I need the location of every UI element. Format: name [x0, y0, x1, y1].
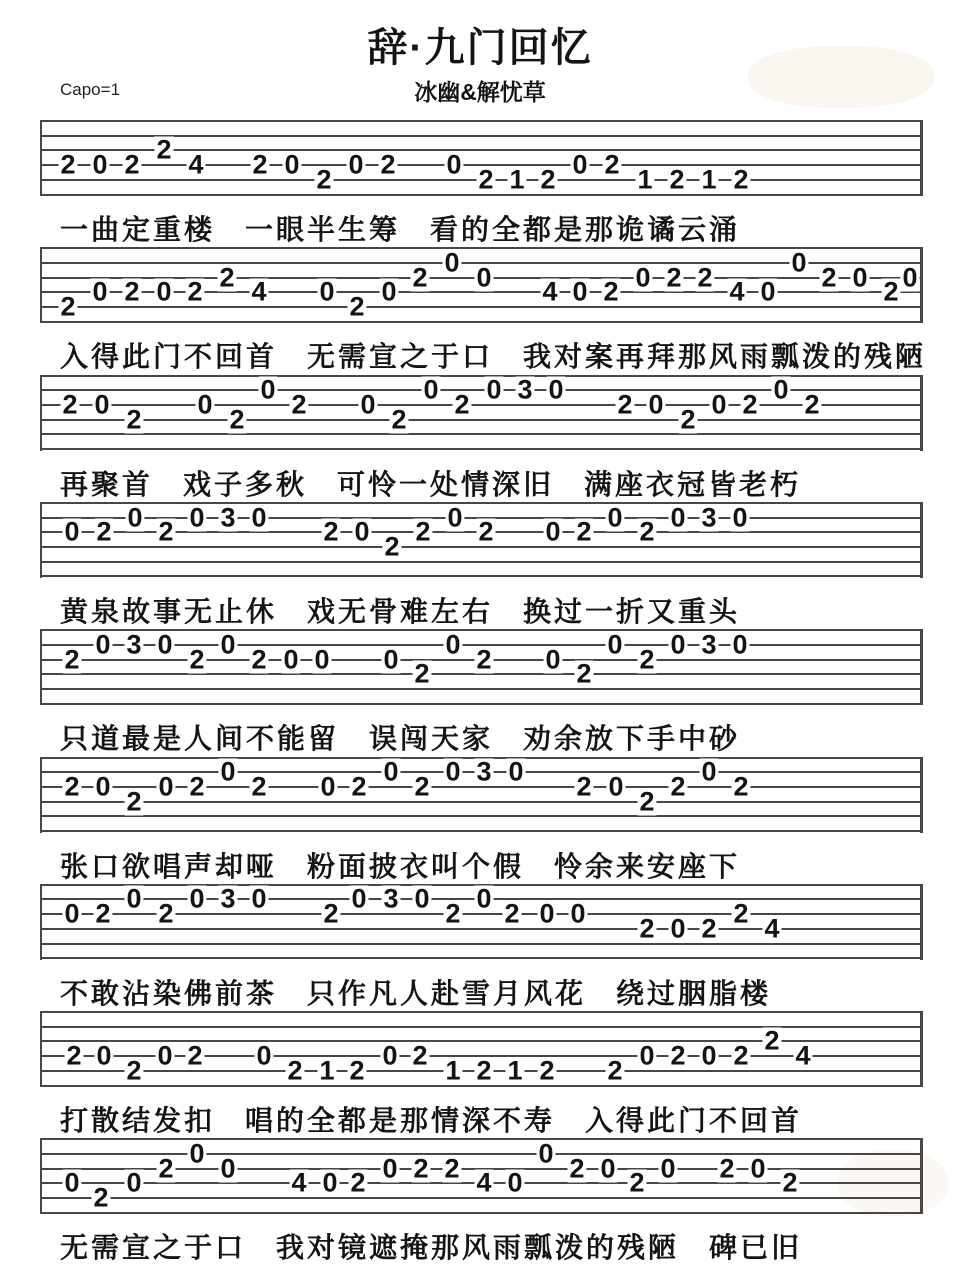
lyric-phrase: 张口欲唱声却哑	[60, 845, 277, 885]
fret-number: 2	[474, 1057, 493, 1084]
fret-number: 0	[789, 249, 808, 276]
fret-number: 0	[421, 377, 440, 404]
fret-number: 2	[668, 1043, 687, 1070]
fret-number: 0	[379, 279, 398, 306]
fret-number: 0	[709, 391, 728, 418]
artist-name: 冰幽&解忧草	[0, 74, 960, 107]
fret-number: 0	[568, 901, 587, 928]
fret-number: 0	[218, 1155, 237, 1182]
fret-number: 0	[254, 1043, 273, 1070]
fret-number: 2	[185, 279, 204, 306]
fret-number: 2	[668, 773, 687, 800]
fret-number: 2	[567, 1155, 586, 1182]
fret-number: 0	[536, 1141, 555, 1168]
lyric-phrase: 一曲定重楼	[60, 208, 215, 248]
lyric-phrase: 黄泉故事无止休	[60, 590, 277, 630]
fret-number: 2	[321, 901, 340, 928]
fret-number: 0	[93, 631, 112, 658]
fret-number: 0	[605, 504, 624, 531]
fret-number: 2	[731, 1043, 750, 1070]
fret-number: 0	[92, 391, 111, 418]
fret-number: 0	[442, 249, 461, 276]
staff-line	[42, 448, 920, 450]
fret-number: 2	[452, 391, 471, 418]
lyric-phrase: 无需宣之于口	[60, 1226, 246, 1266]
staff-line	[42, 957, 920, 959]
lyrics-line: 入得此门不回首无需宣之于口我对案再拜那风雨瓢泼的残陋	[60, 335, 926, 375]
fret-number: 0	[646, 391, 665, 418]
tab-staff: 20224202020212021212	[40, 120, 923, 196]
fret-number: 4	[186, 152, 205, 179]
fret-number: 4	[474, 1170, 493, 1197]
fret-number: 0	[606, 773, 625, 800]
fret-number: 0	[195, 391, 214, 418]
staff-line	[42, 943, 920, 945]
lyric-phrase: 无需宣之于口	[307, 335, 493, 375]
lyric-phrase: 怜余来安座下	[554, 845, 740, 885]
lyric-phrase: 打散结发扣	[60, 1099, 215, 1139]
fret-number: 2	[410, 1043, 429, 1070]
tab-staff: 02020302022020202030	[40, 502, 923, 578]
fret-number: 0	[543, 519, 562, 546]
fret-number: 2	[627, 1170, 646, 1197]
fret-number: 2	[474, 646, 493, 673]
fret-number: 0	[546, 377, 565, 404]
staff-line	[42, 149, 920, 151]
fret-number: 2	[60, 391, 79, 418]
fret-number: 0	[349, 886, 368, 913]
fret-number: 0	[187, 504, 206, 531]
fret-number: 0	[381, 759, 400, 786]
tab-staff: 020203020302020020224	[40, 884, 923, 960]
fret-number: 2	[64, 1043, 83, 1070]
fret-number: 2	[605, 1057, 624, 1084]
fret-number: 0	[318, 773, 337, 800]
tab-staff: 202020202020302020202	[40, 375, 923, 451]
fret-number: 0	[850, 264, 869, 291]
fret-number: 1	[443, 1057, 462, 1084]
staff-line	[42, 1138, 920, 1140]
fret-number: 0	[380, 1043, 399, 1070]
fret-number: 1	[317, 1057, 336, 1084]
fret-number: 3	[124, 631, 143, 658]
fret-number: 2	[347, 294, 366, 321]
fret-number: 0	[637, 1043, 656, 1070]
staff-line	[42, 321, 920, 323]
fret-number: 2	[731, 166, 750, 193]
fret-number: 0	[412, 886, 431, 913]
lyric-phrase: 我对案再拜那风雨瓢泼的残陋	[523, 335, 926, 375]
fret-number: 2	[537, 1057, 556, 1084]
staff-line	[42, 561, 920, 563]
fret-number: 2	[227, 406, 246, 433]
fret-number: 0	[124, 886, 143, 913]
fret-number: 2	[574, 773, 593, 800]
fret-number: 2	[637, 646, 656, 673]
fret-number: 0	[445, 504, 464, 531]
fret-number: 2	[187, 773, 206, 800]
lyric-phrase: 粉面披衣叫个假	[307, 845, 524, 885]
fret-number: 0	[598, 1155, 617, 1182]
staff-line	[42, 419, 920, 421]
fret-number: 0	[668, 915, 687, 942]
fret-number: 2	[819, 264, 838, 291]
staff-line	[42, 703, 920, 705]
fret-number: 2	[412, 661, 431, 688]
tab-staff: 2020202120212122020224	[40, 1011, 923, 1087]
staff-line	[42, 120, 920, 122]
fret-number: 0	[605, 631, 624, 658]
fret-number: 3	[474, 759, 493, 786]
lyric-phrase: 劝余放下手中砂	[523, 717, 740, 757]
lyrics-line: 无需宣之于口我对镜遮掩那风雨瓢泼的残陋碑已旧	[60, 1226, 802, 1266]
lyric-phrase: 入得此门不回首	[585, 1099, 802, 1139]
fret-number: 2	[321, 519, 340, 546]
fret-number: 4	[249, 279, 268, 306]
fret-number: 2	[154, 137, 173, 164]
staff-line	[42, 306, 920, 308]
fret-number: 0	[282, 152, 301, 179]
fret-number: 0	[62, 519, 81, 546]
fret-number: 2	[601, 279, 620, 306]
lyric-phrase: 只道最是人间不能留	[60, 717, 339, 757]
fret-number: 2	[62, 773, 81, 800]
fret-number: 2	[217, 264, 236, 291]
fret-number: 0	[748, 1155, 767, 1182]
fret-number: 2	[93, 901, 112, 928]
fret-number: 2	[156, 519, 175, 546]
fret-number: 2	[664, 264, 683, 291]
fret-number: 2	[637, 788, 656, 815]
fret-number: 2	[58, 152, 77, 179]
fret-number: 3	[699, 504, 718, 531]
fret-number: 2	[91, 1185, 110, 1212]
fret-number: 4	[762, 915, 781, 942]
fret-number: 2	[476, 519, 495, 546]
fret-number: 0	[90, 279, 109, 306]
fret-number: 3	[218, 504, 237, 531]
fret-number: 0	[444, 152, 463, 179]
fret-number: 1	[505, 1057, 524, 1084]
fret-number: 2	[731, 901, 750, 928]
fret-number: 0	[346, 152, 365, 179]
fret-number: 2	[410, 264, 429, 291]
fret-number: 0	[187, 886, 206, 913]
fret-number: 2	[285, 1057, 304, 1084]
lyric-phrase: 再聚首	[60, 463, 153, 503]
fret-number: 2	[124, 788, 143, 815]
fret-number: 0	[218, 759, 237, 786]
fret-number: 0	[474, 886, 493, 913]
fret-number: 3	[515, 377, 534, 404]
lyric-phrase: 误闯天家	[369, 717, 493, 757]
fret-number: 0	[570, 279, 589, 306]
fret-number: 0	[730, 504, 749, 531]
fret-number: 2	[156, 901, 175, 928]
fret-number: 2	[347, 1057, 366, 1084]
fret-number: 0	[94, 1043, 113, 1070]
fret-number: 1	[635, 166, 654, 193]
lyric-phrase: 唱的全都是那情深不寿	[245, 1099, 555, 1139]
lyric-phrase: 我对镜遮掩那风雨瓢泼的残陋	[276, 1226, 679, 1266]
fret-number: 0	[90, 152, 109, 179]
staff-line	[42, 801, 920, 803]
lyric-phrase: 只作凡人赴雪月风花	[307, 972, 586, 1012]
fret-number: 2	[58, 294, 77, 321]
song-title: 辞·九门回忆	[0, 16, 960, 73]
fret-number: 2	[615, 391, 634, 418]
tab-staff: 20202240202004020224002020	[40, 247, 923, 323]
fret-number: 1	[699, 166, 718, 193]
fret-number: 0	[668, 504, 687, 531]
fret-number: 2	[348, 1170, 367, 1197]
fret-number: 0	[668, 631, 687, 658]
staff-line	[42, 247, 920, 249]
lyric-phrase: 入得此门不回首	[60, 335, 277, 375]
staff-line	[42, 830, 920, 832]
fret-number: 0	[249, 886, 268, 913]
fret-number: 0	[187, 1141, 206, 1168]
fret-number: 2	[187, 646, 206, 673]
fret-number: 0	[317, 279, 336, 306]
fret-number: 2	[802, 391, 821, 418]
fret-number: 0	[156, 773, 175, 800]
fret-number: 4	[727, 279, 746, 306]
lyrics-line: 张口欲唱声却哑粉面披衣叫个假怜余来安座下	[60, 845, 740, 885]
fret-number: 0	[474, 264, 493, 291]
fret-number: 0	[730, 631, 749, 658]
fret-number: 3	[699, 631, 718, 658]
fret-number: 2	[413, 519, 432, 546]
fret-number: 2	[314, 166, 333, 193]
fret-number: 2	[250, 152, 269, 179]
fret-number: 2	[124, 406, 143, 433]
fret-number: 0	[249, 504, 268, 531]
lyric-phrase: 戏子多秋	[183, 463, 307, 503]
fret-number: 2	[881, 279, 900, 306]
fret-number: 4	[793, 1043, 812, 1070]
fret-number: 0	[900, 264, 919, 291]
fret-number: 0	[62, 901, 81, 928]
fret-number: 0	[443, 759, 462, 786]
fret-number: 2	[476, 166, 495, 193]
fret-number: 0	[155, 1043, 174, 1070]
fret-number: 0	[358, 391, 377, 418]
fret-number: 4	[289, 1170, 308, 1197]
fret-number: 0	[258, 377, 277, 404]
fret-number: 2	[249, 646, 268, 673]
lyric-phrase: 碑已旧	[709, 1226, 802, 1266]
fret-number: 0	[771, 377, 790, 404]
lyric-phrase: 可怜一处情深旧	[337, 463, 554, 503]
staff-line	[42, 575, 920, 577]
fret-number: 1	[507, 166, 526, 193]
fret-number: 2	[442, 1155, 461, 1182]
fret-number: 0	[154, 279, 173, 306]
fret-number: 2	[412, 773, 431, 800]
tab-staff: 20302020002020202030	[40, 629, 923, 705]
fret-number: 0	[699, 1043, 718, 1070]
fret-number: 2	[94, 519, 113, 546]
tab-staff: 0202004020224002020202	[40, 1138, 923, 1214]
fret-number: 2	[762, 1028, 781, 1055]
fret-number: 4	[540, 279, 559, 306]
fret-number: 2	[289, 391, 308, 418]
lyrics-line: 不敢沾染佛前茶只作凡人赴雪月风花绕过胭脂楼	[60, 972, 771, 1012]
fret-number: 2	[411, 1155, 430, 1182]
fret-number: 3	[381, 886, 400, 913]
fret-number: 0	[352, 519, 371, 546]
fret-number: 2	[637, 915, 656, 942]
lyrics-line: 黄泉故事无止休戏无骨难左右换过一折又重头	[60, 590, 740, 630]
fret-number: 0	[62, 1170, 81, 1197]
staff-line	[42, 928, 920, 930]
fret-number: 2	[637, 519, 656, 546]
staff-line	[42, 1212, 920, 1214]
fret-number: 0	[658, 1155, 677, 1182]
staff-line	[42, 433, 920, 435]
fret-number: 0	[758, 279, 777, 306]
fret-number: 2	[156, 1155, 175, 1182]
staff-line	[42, 1011, 920, 1013]
fret-number: 2	[349, 773, 368, 800]
fret-number: 0	[381, 646, 400, 673]
fret-number: 2	[780, 1170, 799, 1197]
fret-number: 2	[667, 166, 686, 193]
lyric-phrase: 绕过胭脂楼	[616, 972, 771, 1012]
fret-number: 0	[93, 773, 112, 800]
fret-number: 2	[699, 915, 718, 942]
sheet-music-page: 辞·九门回忆 Capo=1 冰幽&解忧草 2022420202021202121…	[0, 0, 960, 1280]
fret-number: 0	[124, 1170, 143, 1197]
fret-number: 2	[717, 1155, 736, 1182]
fret-number: 0	[155, 631, 174, 658]
tab-staff: 20202020202030202202	[40, 757, 923, 833]
staff-line	[42, 815, 920, 817]
fret-number: 0	[699, 759, 718, 786]
fret-number: 2	[602, 152, 621, 179]
fret-number: 2	[678, 406, 697, 433]
lyric-phrase: 满座衣冠皆老朽	[584, 463, 801, 503]
staff-line	[42, 688, 920, 690]
fret-number: 2	[740, 391, 759, 418]
fret-number: 2	[122, 279, 141, 306]
lyric-phrase: 换过一折又重头	[523, 590, 740, 630]
fret-number: 0	[543, 646, 562, 673]
fret-number: 2	[574, 519, 593, 546]
fret-number: 0	[312, 646, 331, 673]
lyrics-line: 再聚首戏子多秋可怜一处情深旧满座衣冠皆老朽	[60, 463, 801, 503]
fret-number: 2	[62, 646, 81, 673]
lyrics-line: 打散结发扣唱的全都是那情深不寿入得此门不回首	[60, 1099, 802, 1139]
fret-number: 0	[633, 264, 652, 291]
fret-number: 2	[695, 264, 714, 291]
fret-number: 2	[378, 152, 397, 179]
fret-number: 0	[506, 759, 525, 786]
staff-line	[42, 502, 920, 504]
fret-number: 2	[443, 901, 462, 928]
fret-number: 0	[537, 901, 556, 928]
fret-number: 0	[443, 631, 462, 658]
staff-line	[42, 135, 920, 137]
lyric-phrase: 看的全都是那诡谲云涌	[430, 208, 740, 248]
lyrics-line: 一曲定重楼一眼半生筹看的全都是那诡谲云涌	[60, 208, 740, 248]
staff-line	[42, 1026, 920, 1028]
fret-number: 0	[570, 152, 589, 179]
fret-number: 0	[505, 1170, 524, 1197]
lyric-phrase: 戏无骨难左右	[307, 590, 493, 630]
fret-number: 2	[731, 773, 750, 800]
fret-number: 2	[124, 1057, 143, 1084]
fret-number: 3	[218, 886, 237, 913]
fret-number: 0	[125, 504, 144, 531]
fret-number: 2	[185, 1043, 204, 1070]
lyric-phrase: 不敢沾染佛前茶	[60, 972, 277, 1012]
fret-number: 2	[382, 533, 401, 560]
fret-number: 2	[249, 773, 268, 800]
fret-number: 0	[218, 631, 237, 658]
fret-number: 2	[538, 166, 557, 193]
fret-number: 0	[281, 646, 300, 673]
fret-number: 2	[574, 661, 593, 688]
fret-number: 0	[320, 1170, 339, 1197]
fret-number: 0	[380, 1155, 399, 1182]
fret-number: 2	[502, 901, 521, 928]
fret-number: 2	[389, 406, 408, 433]
lyrics-line: 只道最是人间不能留误闯天家劝余放下手中砂	[60, 717, 740, 757]
lyric-phrase: 一眼半生筹	[245, 208, 400, 248]
fret-number: 2	[122, 152, 141, 179]
fret-number: 0	[484, 377, 503, 404]
